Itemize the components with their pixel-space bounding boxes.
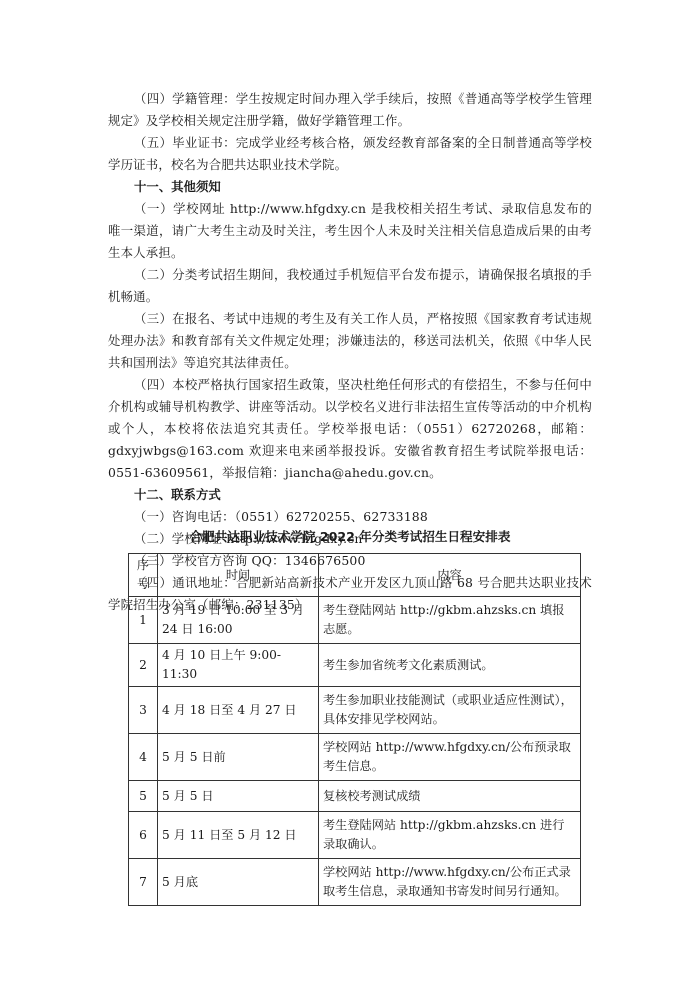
row-seq: 5: [129, 781, 158, 812]
section-11-item-1: （一）学校网址 http://www.hfgdxy.cn 是我校相关招生考试、录…: [108, 198, 592, 264]
header-seq: 序号: [129, 554, 158, 597]
paragraph-graduation-certificate: （五）毕业证书：完成学业经考核合格，颁发经教育部备案的全日制普通高等学校学历证书…: [108, 132, 592, 176]
schedule-table-title: 合肥共达职业技术学院 2022 年分类考试招生日程安排表: [0, 526, 700, 545]
table-header-row: 序号 时间 内容: [129, 554, 581, 597]
table-row: 2 4 月 10 日上午 9:00-11:30 考生参加省统考文化素质测试。: [129, 644, 581, 687]
row-content: 学校网站 http://www.hfgdxy.cn/公布正式录取考生信息，录取通…: [319, 859, 581, 906]
schedule-table: 序号 时间 内容 1 3 月 19 日 10:00 至 3 月 24 日 16:…: [128, 553, 581, 906]
row-time: 5 月底: [158, 859, 319, 906]
header-content: 内容: [319, 554, 581, 597]
section-11-heading: 十一、其他须知: [108, 176, 592, 198]
row-content: 考生参加省统考文化素质测试。: [319, 644, 581, 687]
paragraph-enrollment-management: （四）学籍管理：学生按规定时间办理入学手续后，按照《普通高等学校学生管理规定》及…: [108, 88, 592, 132]
section-11-item-2: （二）分类考试招生期间，我校通过手机短信平台发布提示，请确保报名填报的手机畅通。: [108, 264, 592, 308]
table-row: 5 5 月 5 日 复核校考测试成绩: [129, 781, 581, 812]
contact-phone: （一）咨询电话：（0551）62720255、62733188: [108, 506, 592, 528]
row-seq: 7: [129, 859, 158, 906]
row-seq: 6: [129, 812, 158, 859]
row-time: 4 月 18 日至 4 月 27 日: [158, 687, 319, 734]
row-time: 4 月 10 日上午 9:00-11:30: [158, 644, 319, 687]
section-11-item-4: （四）本校严格执行国家招生政策，坚决杜绝任何形式的有偿招生，不参与任何中介机构或…: [108, 374, 592, 484]
row-content: 考生登陆网站 http://gkbm.ahzsks.cn 填报志愿。: [319, 597, 581, 644]
row-content: 考生参加职业技能测试（或职业适应性测试），具体安排见学校网站。: [319, 687, 581, 734]
header-time: 时间: [158, 554, 319, 597]
row-seq: 2: [129, 644, 158, 687]
row-seq: 3: [129, 687, 158, 734]
row-time: 5 月 5 日: [158, 781, 319, 812]
section-11-item-3: （三）在报名、考试中违规的考生及有关工作人员，严格按照《国家教育考试违规处理办法…: [108, 308, 592, 374]
row-content: 学校网站 http://www.hfgdxy.cn/公布预录取考生信息。: [319, 734, 581, 781]
table-row: 7 5 月底 学校网站 http://www.hfgdxy.cn/公布正式录取考…: [129, 859, 581, 906]
table-row: 1 3 月 19 日 10:00 至 3 月 24 日 16:00 考生登陆网站…: [129, 597, 581, 644]
table-row: 6 5 月 11 日至 5 月 12 日 考生登陆网站 http://gkbm.…: [129, 812, 581, 859]
table-row: 4 5 月 5 日前 学校网站 http://www.hfgdxy.cn/公布预…: [129, 734, 581, 781]
row-seq: 4: [129, 734, 158, 781]
section-12-heading: 十二、联系方式: [108, 484, 592, 506]
row-time: 3 月 19 日 10:00 至 3 月 24 日 16:00: [158, 597, 319, 644]
row-time: 5 月 11 日至 5 月 12 日: [158, 812, 319, 859]
table-row: 3 4 月 18 日至 4 月 27 日 考生参加职业技能测试（或职业适应性测试…: [129, 687, 581, 734]
row-content: 考生登陆网站 http://gkbm.ahzsks.cn 进行录取确认。: [319, 812, 581, 859]
row-time: 5 月 5 日前: [158, 734, 319, 781]
row-seq: 1: [129, 597, 158, 644]
row-content: 复核校考测试成绩: [319, 781, 581, 812]
